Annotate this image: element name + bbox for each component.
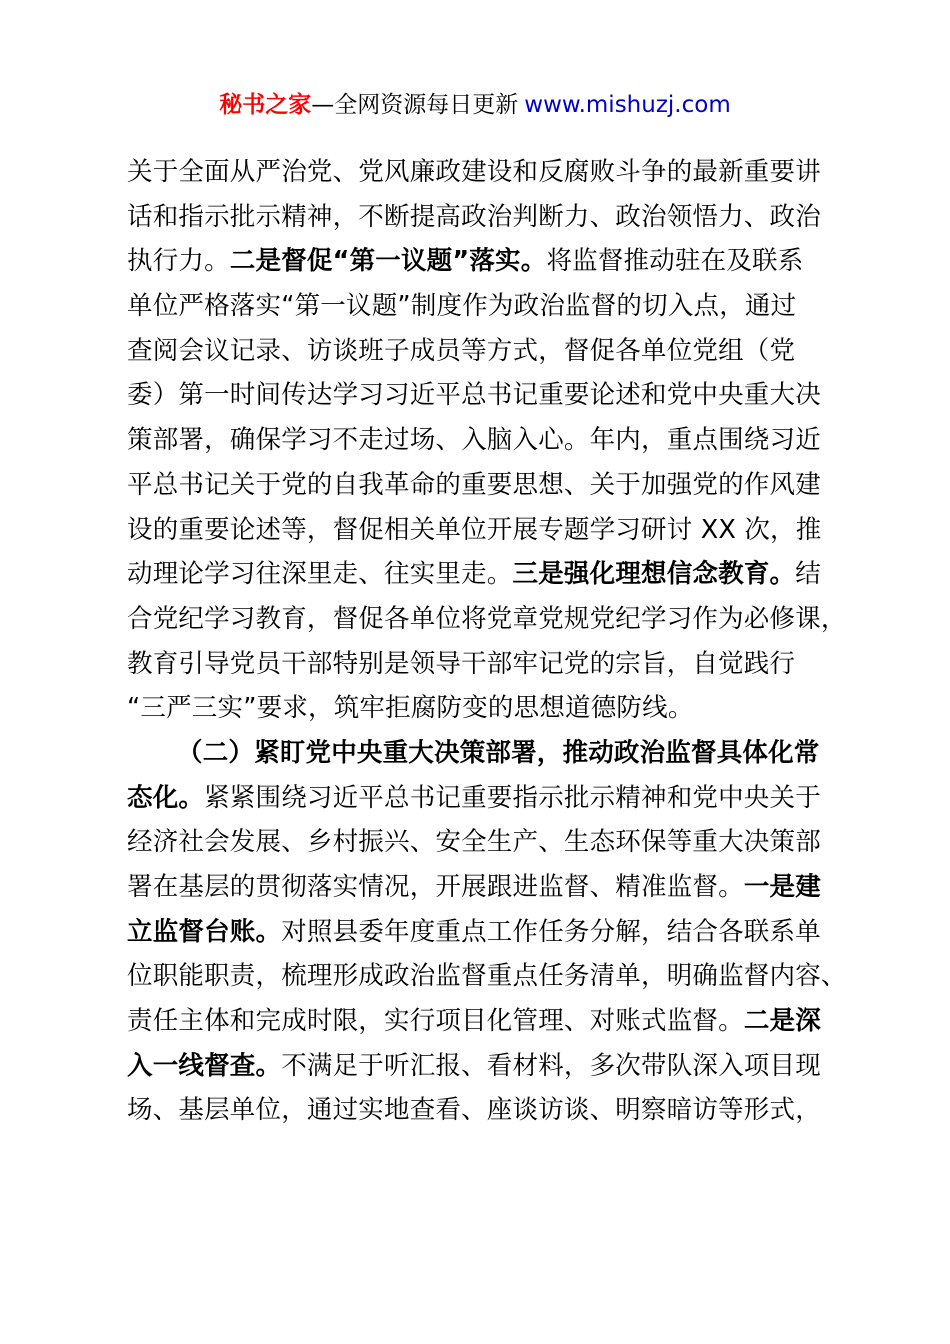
text-segment: 位职能职责，梳理形成政治监督重点任务清单，明确监督内容、 bbox=[127, 961, 847, 991]
text-line: 教育引导党员干部特别是领导干部牢记党的宗旨，自觉践行 bbox=[127, 642, 831, 687]
header-brand: 秘书之家 bbox=[219, 92, 311, 118]
text-line: 设的重要论述等，督促相关单位开展专题学习研讨 XX 次，推 bbox=[127, 508, 831, 553]
text-line: 经济社会发展、乡村振兴、安全生产、生态环保等重大决策部 bbox=[127, 820, 831, 865]
text-line: 合党纪学习教育，督促各单位将党章党规党纪学习作为必修课， bbox=[127, 597, 831, 642]
text-line: 策部署，确保学习不走过场、入脑入心。年内，重点围绕习近 bbox=[127, 418, 831, 463]
text-line: 场、基层单位，通过实地查看、座谈访谈、明察暗访等形式， bbox=[127, 1088, 831, 1133]
text-line: （二）紧盯党中央重大决策部署，推动政治监督具体化常 bbox=[127, 731, 831, 776]
document-body: 关于全面从严治党、党风廉政建设和反腐败斗争的最新重要讲话和指示批示精神，不断提高… bbox=[127, 150, 831, 1133]
text-line: 位职能职责，梳理形成政治监督重点任务清单，明确监督内容、 bbox=[127, 954, 831, 999]
bold-heading-segment: 态化。 bbox=[127, 783, 204, 813]
bold-heading-segment: 一是建 bbox=[744, 872, 821, 902]
text-segment: “三严三实”要求，筑牢拒腐防变的思想道德防线。 bbox=[127, 693, 694, 723]
header-tagline: —全网资源每日更新 bbox=[311, 92, 518, 118]
text-line: 委）第一时间传达学习习近平总书记重要论述和党中央重大决 bbox=[127, 373, 831, 418]
header-url-link[interactable]: www.mishuzj.com bbox=[524, 92, 730, 118]
text-line: 话和指示批示精神，不断提高政治判断力、政治领悟力、政治 bbox=[127, 195, 831, 240]
text-segment: 合党纪学习教育，督促各单位将党章党规党纪学习作为必修课， bbox=[127, 604, 847, 634]
text-line: 查阅会议记录、访谈班子成员等方式，督促各单位党组（党 bbox=[127, 329, 831, 374]
text-line: 动理论学习往深里走、往实里走。三是强化理想信念教育。结 bbox=[127, 552, 831, 597]
bold-heading-segment: 入一线督查。 bbox=[127, 1051, 281, 1081]
text-line: 责任主体和完成时限，实行项目化管理、对账式监督。二是深 bbox=[127, 999, 831, 1044]
text-line: 单位严格落实“第一议题”制度作为政治监督的切入点，通过 bbox=[127, 284, 831, 329]
text-segment: 经济社会发展、乡村振兴、安全生产、生态环保等重大决策部 bbox=[127, 827, 821, 857]
text-line: 平总书记关于党的自我革命的重要思想、关于加强党的作风建 bbox=[127, 463, 831, 508]
text-line: 署在基层的贯彻落实情况，开展跟进监督、精准监督。一是建 bbox=[127, 865, 831, 910]
text-line: 立监督台账。对照县委年度重点工作任务分解，结合各联系单 bbox=[127, 910, 831, 955]
bold-heading-segment: 二是深 bbox=[744, 1006, 821, 1036]
text-segment: 责任主体和完成时限，实行项目化管理、对账式监督。 bbox=[127, 1006, 744, 1036]
text-segment: 关于全面从严治党、党风廉政建设和反腐败斗争的最新重要讲 bbox=[127, 157, 821, 187]
bold-heading-segment: 立监督台账。 bbox=[127, 917, 281, 947]
text-segment: 动理论学习往深里走、往实里走。 bbox=[127, 559, 513, 589]
text-segment: 场、基层单位，通过实地查看、座谈访谈、明察暗访等形式， bbox=[127, 1095, 821, 1125]
text-segment: 教育引导党员干部特别是领导干部牢记党的宗旨，自觉践行 bbox=[127, 649, 795, 679]
text-segment: 结 bbox=[795, 559, 821, 589]
bold-heading-segment: 三是强化理想信念教育。 bbox=[513, 559, 796, 589]
text-line: 入一线督查。不满足于听汇报、看材料，多次带队深入项目现 bbox=[127, 1044, 831, 1089]
text-segment: 署在基层的贯彻落实情况，开展跟进监督、精准监督。 bbox=[127, 872, 744, 902]
text-line: 执行力。二是督促“第一议题”落实。将监督推动驻在及联系 bbox=[127, 239, 831, 284]
text-segment: 不满足于听汇报、看材料，多次带队深入项目现 bbox=[281, 1051, 821, 1081]
text-line: 关于全面从严治党、党风廉政建设和反腐败斗争的最新重要讲 bbox=[127, 150, 831, 195]
text-segment: 设的重要论述等，督促相关单位开展专题学习研讨 XX 次，推 bbox=[127, 515, 821, 545]
text-segment: 单位严格落实“第一议题”制度作为政治监督的切入点，通过 bbox=[127, 291, 796, 321]
text-line: 态化。紧紧围绕习近平总书记重要指示批示精神和党中央关于 bbox=[127, 776, 831, 821]
text-segment: 话和指示批示精神，不断提高政治判断力、政治领悟力、政治 bbox=[127, 202, 821, 232]
text-segment: 紧紧围绕习近平总书记重要指示批示精神和党中央关于 bbox=[204, 783, 821, 813]
text-segment: 查阅会议记录、访谈班子成员等方式，督促各单位党组（党 bbox=[127, 336, 795, 366]
page-header: 秘书之家—全网资源每日更新www.mishuzj.com bbox=[0, 88, 950, 122]
text-segment: 委）第一时间传达学习习近平总书记重要论述和党中央重大决 bbox=[127, 380, 821, 410]
text-segment: 将监督推动驻在及联系 bbox=[546, 246, 803, 276]
bold-heading-segment: 二是督促“第一议题”落实。 bbox=[230, 246, 547, 276]
text-segment: 策部署，确保学习不走过场、入脑入心。年内，重点围绕习近 bbox=[127, 425, 821, 455]
text-segment: 执行力。 bbox=[127, 246, 230, 276]
text-line: “三严三实”要求，筑牢拒腐防变的思想道德防线。 bbox=[127, 686, 831, 731]
bold-heading-segment: （二）紧盯党中央重大决策部署，推动政治监督具体化常 bbox=[177, 738, 820, 768]
text-segment: 平总书记关于党的自我革命的重要思想、关于加强党的作风建 bbox=[127, 470, 821, 500]
text-segment: 对照县委年度重点工作任务分解，结合各联系单 bbox=[281, 917, 821, 947]
